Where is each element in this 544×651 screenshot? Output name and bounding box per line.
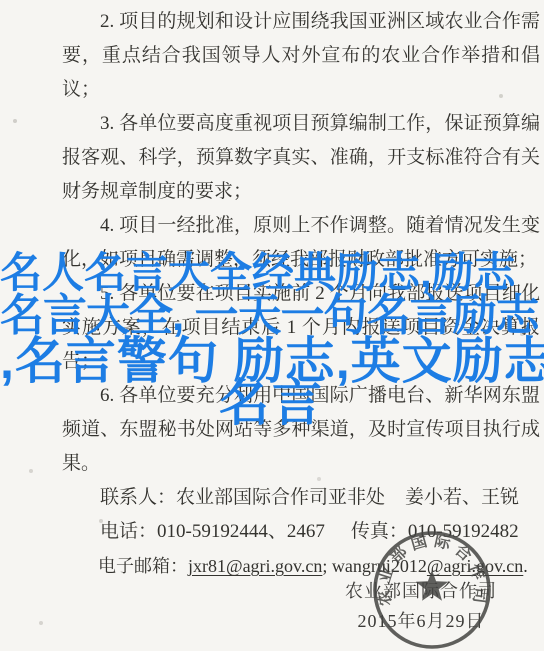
- contact-person-names: 姜小若、王锐: [405, 487, 519, 508]
- paragraph-item-4: 4. 项目一经批准，原则上不作调整。随着情况发生变化，如项目确需调整，须经我部报…: [62, 209, 540, 277]
- email-label: 电子邮箱：: [98, 556, 188, 576]
- document-body-text: 2. 项目的规划和设计应围绕我国亚洲区域农业合作需要，重点结合我国领导人对外宣布…: [62, 5, 540, 583]
- paragraph-item-2: 2. 项目的规划和设计应围绕我国亚洲区域农业合作需要，重点结合我国领导人对外宣布…: [62, 5, 540, 107]
- scanned-document-page: 2. 项目的规划和设计应围绕我国亚洲区域农业合作需要，重点结合我国领导人对外宣布…: [0, 0, 544, 651]
- phone-value: 010-59192444、2467: [157, 521, 325, 542]
- email-separator: ;: [322, 556, 332, 576]
- email-address-1: jxr81@agri.gov.cn: [188, 556, 322, 576]
- paragraph-item-6: 6. 各单位要充分利用中国国际广播电台、新华网东盟频道、东盟秘书处网站等多种渠道…: [62, 379, 540, 481]
- seal-arc-text-holder: 农业部国际合作司: [374, 531, 491, 608]
- paragraph-item-5: 5. 各单位要在项目实施前 2 个月向我部报送项目细化实施方案，在项目结束后 1…: [62, 277, 540, 379]
- paragraph-item-3: 3. 各单位要高度重视项目预算编制工作，保证预算编报客观、科学，预算数字真实、准…: [62, 107, 540, 209]
- contact-person-label: 联系人：: [100, 487, 176, 508]
- scan-noise-specks: [0, 0, 2, 2]
- star-icon: [416, 570, 448, 601]
- official-seal: 农业部国际合作司: [369, 527, 495, 651]
- contact-person-org: 农业部国际合作司亚非处: [176, 487, 385, 508]
- phone-label: 电话：: [100, 521, 157, 542]
- seal-arc-text: 农业部国际合作司: [374, 531, 491, 608]
- contact-person-line: 联系人：农业部国际合作司亚非处姜小若、王锐: [62, 481, 540, 515]
- email-period: .: [523, 556, 528, 576]
